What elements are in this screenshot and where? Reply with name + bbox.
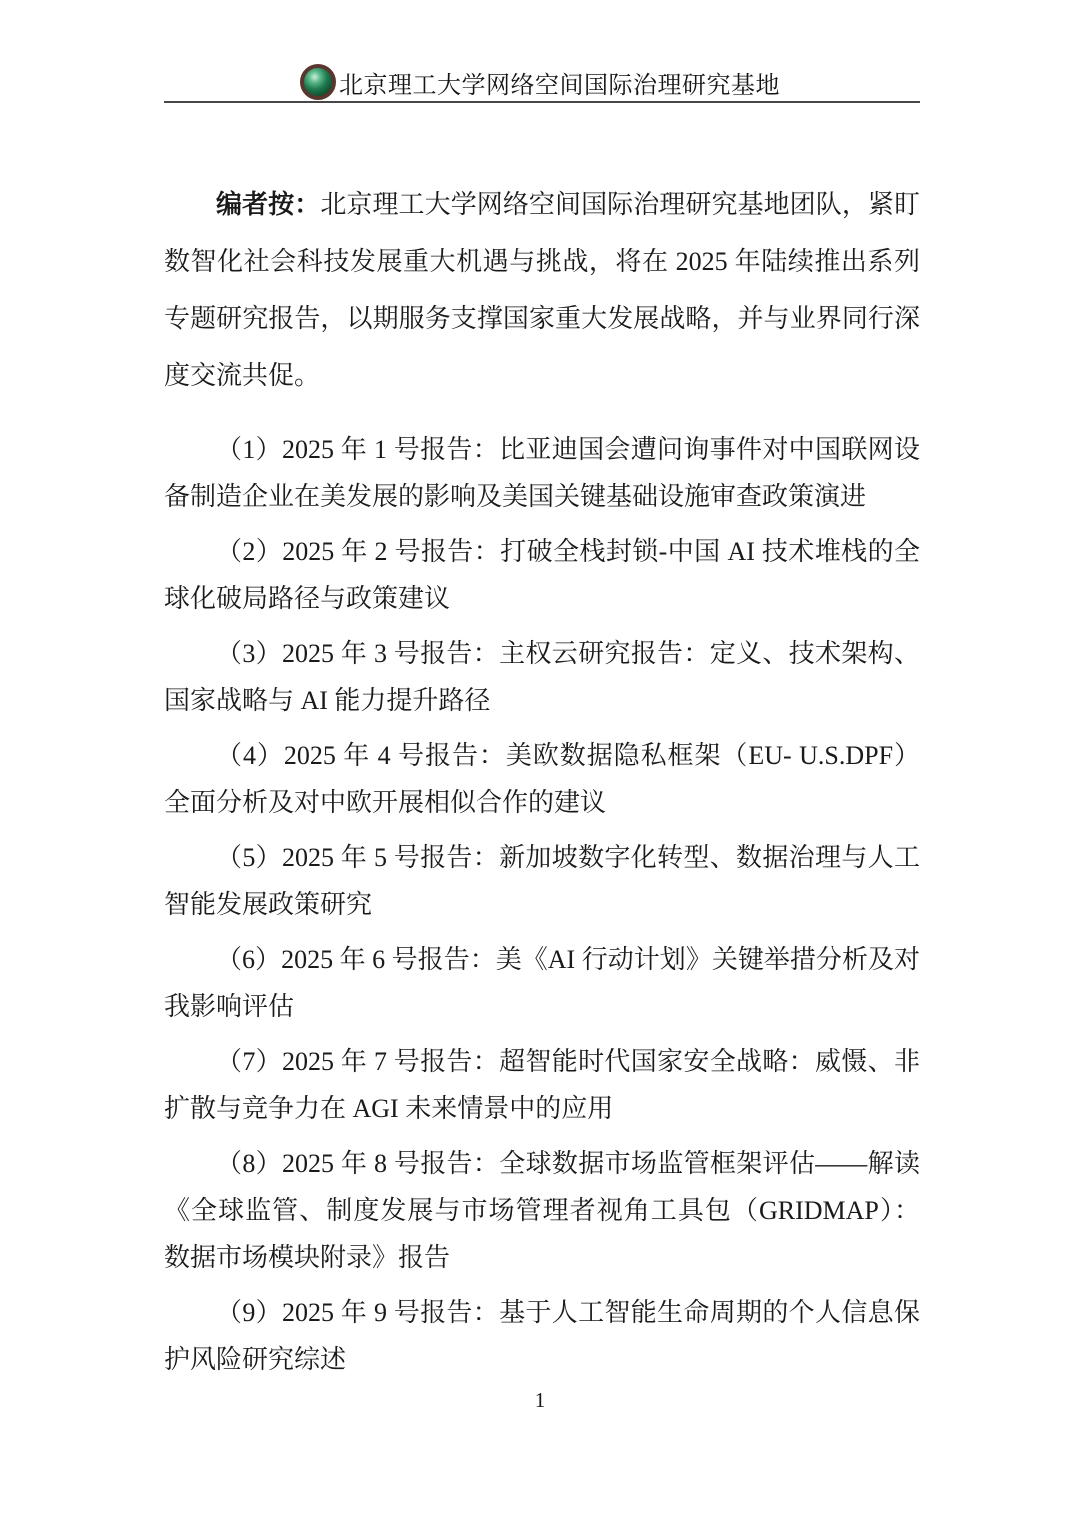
report-item-4: （4）2025 年 4 号报告：美欧数据隐私框架（EU- U.S.DPF）全面分… xyxy=(164,732,920,826)
editor-note-paragraph: 编者按：北京理工大学网络空间国际治理研究基地团队，紧盯数智化社会科技发展重大机遇… xyxy=(164,176,920,404)
document-body: 编者按：北京理工大学网络空间国际治理研究基地团队，紧盯数智化社会科技发展重大机遇… xyxy=(164,176,920,1391)
globe-emblem-icon xyxy=(300,64,336,100)
report-item-9: （9）2025 年 9 号报告：基于人工智能生命周期的个人信息保护风险研究综述 xyxy=(164,1289,920,1383)
editor-note-text: 北京理工大学网络空间国际治理研究基地团队，紧盯数智化社会科技发展重大机遇与挑战，… xyxy=(164,190,920,390)
report-list: （1）2025 年 1 号报告：比亚迪国会遭问询事件对中国联网设备制造企业在美发… xyxy=(164,426,920,1383)
document-page: 北京理工大学网络空间国际治理研究基地 编者按：北京理工大学网络空间国际治理研究基… xyxy=(0,0,1080,1527)
report-item-8: （8）2025 年 8 号报告：全球数据市场监管框架评估——解读《全球监管、制度… xyxy=(164,1140,920,1281)
report-item-1: （1）2025 年 1 号报告：比亚迪国会遭问询事件对中国联网设备制造企业在美发… xyxy=(164,426,920,520)
report-item-6: （6）2025 年 6 号报告：美《AI 行动计划》关键举措分析及对我影响评估 xyxy=(164,936,920,1030)
page-number: 1 xyxy=(0,1388,1080,1413)
header-divider xyxy=(164,101,920,103)
editor-note-label: 编者按： xyxy=(216,190,320,219)
header-content: 北京理工大学网络空间国际治理研究基地 xyxy=(0,64,1080,100)
report-item-3: （3）2025 年 3 号报告：主权云研究报告：定义、技术架构、国家战略与 AI… xyxy=(164,630,920,724)
report-item-5: （5）2025 年 5 号报告：新加坡数字化转型、数据治理与人工智能发展政策研究 xyxy=(164,834,920,928)
report-item-2: （2）2025 年 2 号报告：打破全栈封锁-中国 AI 技术堆栈的全球化破局路… xyxy=(164,528,920,622)
report-item-7: （7）2025 年 7 号报告：超智能时代国家安全战略：威慑、非扩散与竞争力在 … xyxy=(164,1038,920,1132)
header-org-name: 北京理工大学网络空间国际治理研究基地 xyxy=(339,65,780,100)
